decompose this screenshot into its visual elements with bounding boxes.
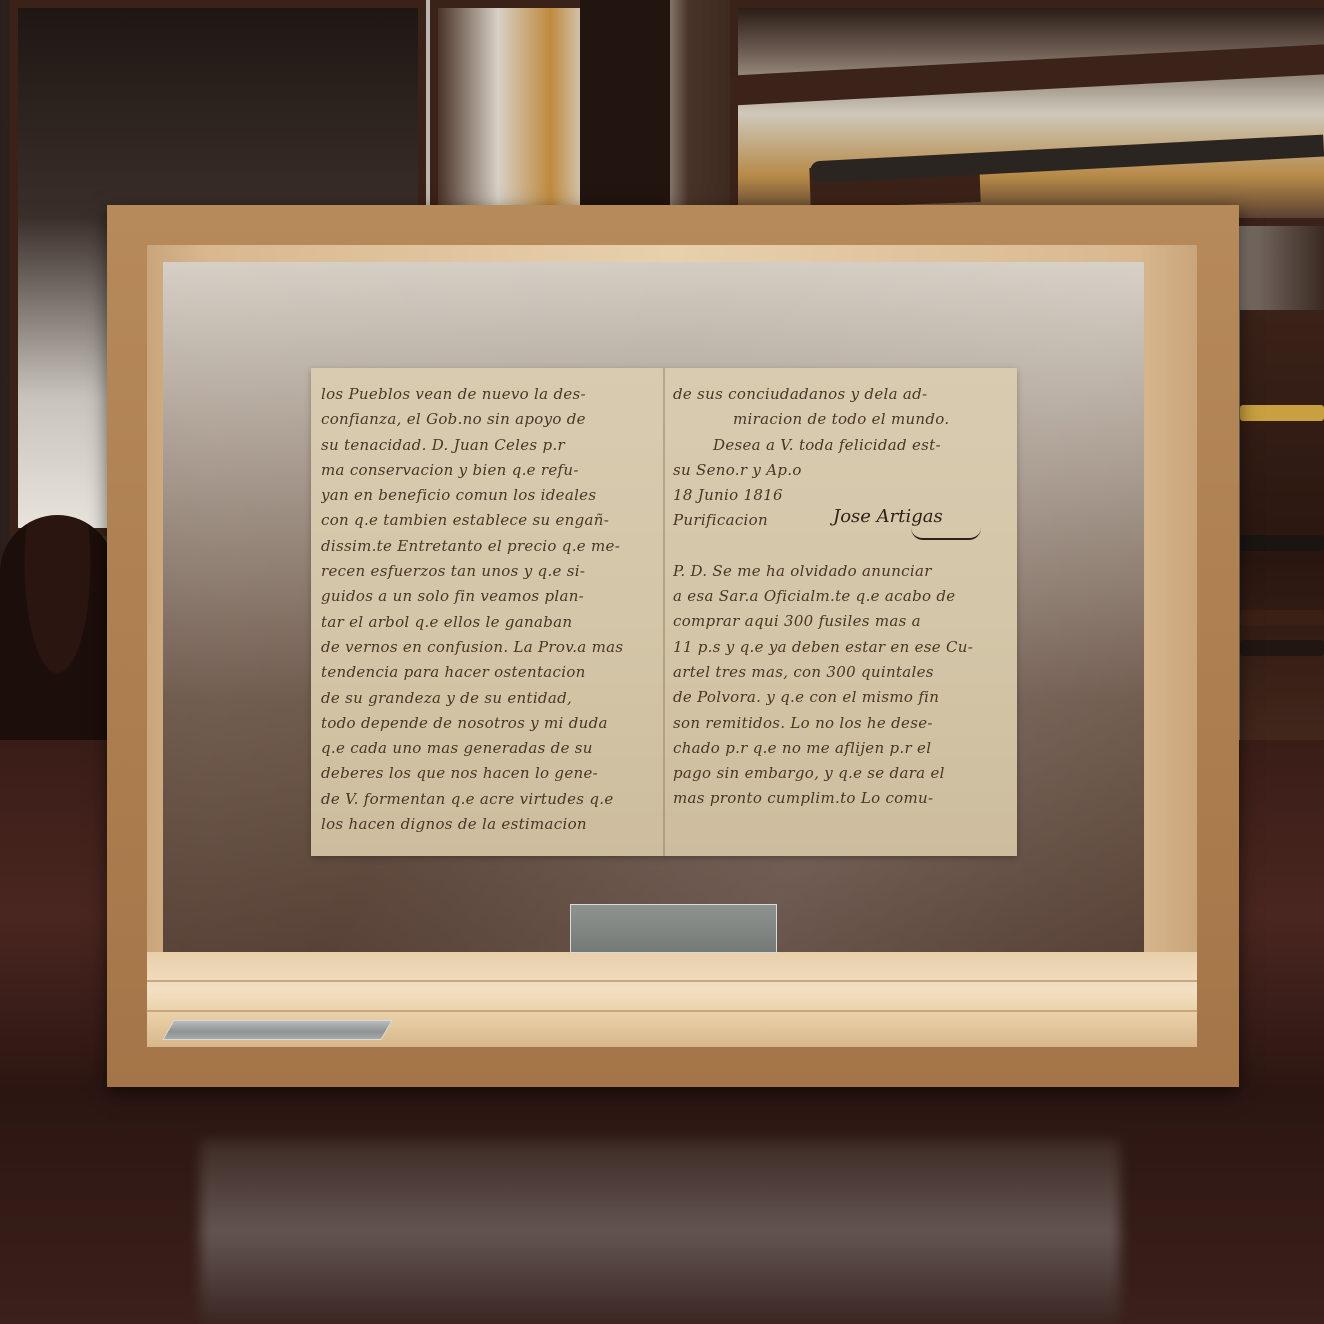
letter-date: 18 Junio 1816 (673, 483, 1013, 508)
engraved-plaque-corner (162, 1020, 393, 1040)
engraved-plaque-center (570, 904, 777, 953)
letter-line: deberes los que nos hacen lo gene- (321, 761, 661, 786)
letter-line: de vernos en confusion. La Prov.a mas (321, 635, 661, 660)
postscript-line: P. D. Se me ha olvidado anunciar (673, 559, 1013, 584)
cabinet-door-with-painting (430, 0, 596, 226)
letter-line: los hacen dignos de la estimacion (321, 812, 661, 837)
dark-cabinet-post (580, 0, 670, 230)
cabinet-with-canes (1240, 310, 1324, 810)
postscript-line: artel tres mas, con 300 quintales (673, 660, 1013, 685)
postscript-line: pago sin embargo, y q.e se dara el (673, 761, 1013, 786)
cane (1240, 535, 1324, 551)
ledge-line (147, 980, 1197, 982)
letter-line: tendencia para hacer ostentacion (321, 660, 661, 685)
postscript-line: a esa Sar.a Oficialm.te q.e acabo de (673, 584, 1013, 609)
letter-line: todo depende de nosotros y mi duda (321, 711, 661, 736)
signature-flourish (911, 528, 981, 540)
letter-left-page: los Pueblos vean de nuevo la des- confia… (321, 382, 661, 852)
cane (1240, 640, 1324, 656)
letter-line: con q.e tambien establece su engañ- (321, 508, 661, 533)
postscript-line: son remitidos. Lo no los he dese- (673, 711, 1013, 736)
letter-line: de sus conciudadanos y dela ad- (673, 382, 1013, 407)
letter-line: de V. formentan q.e acre virtudes q.e (321, 787, 661, 812)
letter-right-page: de sus conciudadanos y dela ad- miracion… (673, 382, 1013, 852)
letter-line: yan en beneficio comun los ideales (321, 483, 661, 508)
letter-line: ma conservacion y bien q.e refu- (321, 458, 661, 483)
brass-object (1240, 405, 1324, 421)
postscript-line: de Polvora. y q.e con el mismo fin (673, 685, 1013, 710)
letter-line: Desea a V. toda felicidad est- (673, 433, 1013, 458)
cane (1240, 610, 1324, 626)
letter-line: dissim.te Entretanto el precio q.e me- (321, 534, 661, 559)
letter-line: de su grandeza y de su entidad, (321, 686, 661, 711)
postscript-line: 11 p.s y q.e ya deben estar en ese Cu- (673, 635, 1013, 660)
letter-line: miracion de todo el mundo. (673, 407, 1013, 432)
letter-line: guidos a un solo fin veamos plan- (321, 584, 661, 609)
manuscript-letter: los Pueblos vean de nuevo la des- confia… (311, 368, 1017, 856)
letter-line: recen esfuerzos tan unos y q.e si- (321, 559, 661, 584)
page-fold (663, 368, 665, 856)
letter-line: los Pueblos vean de nuevo la des- (321, 382, 661, 407)
letter-line: su Seno.r y Ap.o (673, 458, 1013, 483)
signature: Jose Artigas (833, 506, 943, 527)
letter-line: su tenacidad. D. Juan Celes p.r (321, 433, 661, 458)
photo-scene: los Pueblos vean de nuevo la des- confia… (0, 0, 1324, 1324)
postscript-line: comprar aqui 300 fusiles mas a (673, 609, 1013, 634)
carved-chair-back (0, 515, 115, 755)
postscript-line: mas pronto cumplim.to Lo comu- (673, 786, 1013, 811)
table-reflection (200, 1140, 1120, 1324)
letter-line: q.e cada uno mas generadas de su (321, 736, 661, 761)
ledge-line (147, 1010, 1197, 1012)
letter-line: tar el arbol q.e ellos le ganaban (321, 610, 661, 635)
postscript-line: chado p.r q.e no me aflijen p.r el (673, 736, 1013, 761)
letter-line: confianza, el Gob.no sin apoyo de (321, 407, 661, 432)
